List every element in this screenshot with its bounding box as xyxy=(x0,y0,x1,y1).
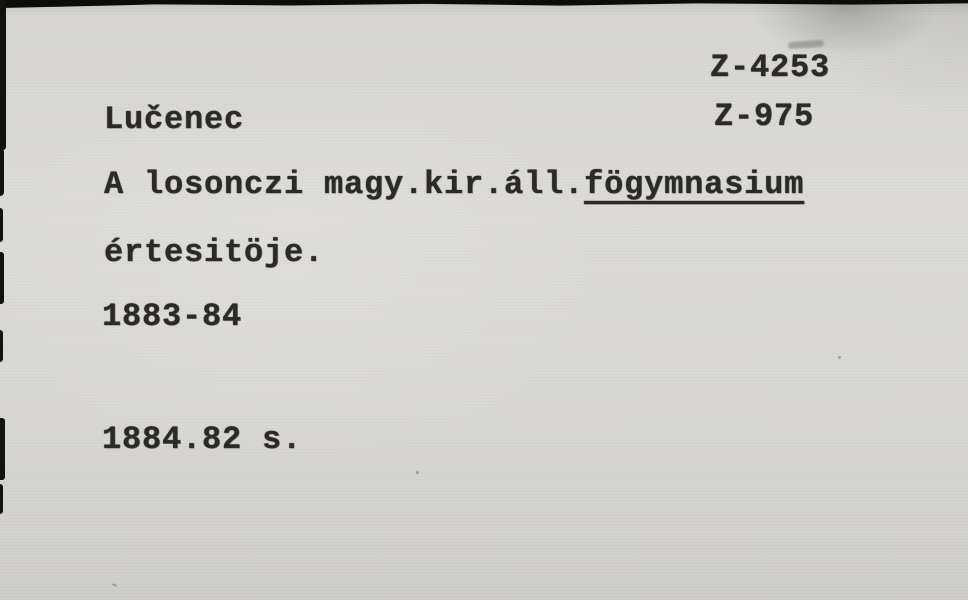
pencil-smudge xyxy=(788,40,824,49)
call-number-bottom: Z-975 xyxy=(714,101,814,133)
edge-blob xyxy=(0,418,5,480)
edge-blob xyxy=(0,484,3,514)
paper-speck xyxy=(112,583,117,587)
paper-speck xyxy=(416,471,419,474)
call-number-top: Z-4253 xyxy=(710,52,830,84)
edge-blob xyxy=(0,252,4,304)
edge-blob xyxy=(0,148,4,196)
edge-blob xyxy=(0,0,6,150)
edge-blob xyxy=(0,208,3,242)
scan-left-edge-artifact xyxy=(0,0,10,600)
edge-blob xyxy=(0,330,3,362)
title-prefix: A losonczi magy.kir.áll. xyxy=(104,166,584,203)
title-line-1: A losonczi magy.kir.áll.fögymnasium xyxy=(104,169,804,201)
catalog-card-scan: Z-4253 Lučenec Z-975 A losonczi magy.kir… xyxy=(0,0,968,600)
title-underlined-word: fögymnasium xyxy=(584,166,804,203)
scan-top-edge-artifact xyxy=(0,0,968,8)
years-line: 1883-84 xyxy=(102,301,242,333)
place-heading: Lučenec xyxy=(104,104,244,136)
title-line-2: értesitöje. xyxy=(104,237,324,269)
holdings-note: 1884.82 s. xyxy=(102,424,302,456)
paper-speck xyxy=(838,356,841,359)
